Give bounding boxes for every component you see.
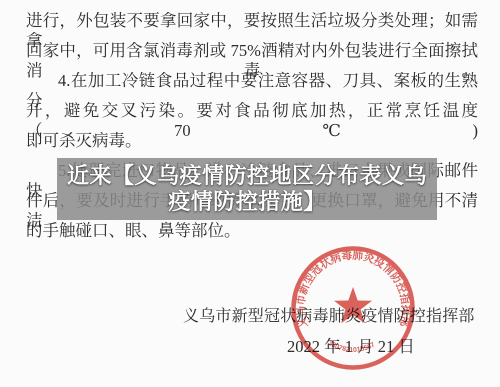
- caption-title-line-1: 近来【义乌疫情防控地区分布表义乌: [67, 163, 427, 189]
- body-text-line: 的手触碰口、眼、鼻等部位。: [26, 221, 478, 241]
- seal-serial-number: 3307821015567: [327, 340, 377, 354]
- svg-text:3307821015567: 3307821015567: [327, 340, 377, 354]
- document-page: 进行，外包装不要拿回家中，要按照生活垃圾分类处理；如需拿 回家中，可用含氯消毒剂…: [0, 0, 500, 387]
- body-text-line: 即可杀灭病毒。: [26, 131, 478, 151]
- star-icon: [334, 287, 372, 323]
- caption-overlay: 近来【义乌疫情防控地区分布表义乌 疫情防控措施】: [57, 158, 437, 220]
- caption-title-line-2: 疫情防控措施】: [168, 189, 326, 215]
- official-seal-stamp: 义乌市新型冠状病毒肺炎疫情防控指挥部 3307821015567: [285, 240, 425, 380]
